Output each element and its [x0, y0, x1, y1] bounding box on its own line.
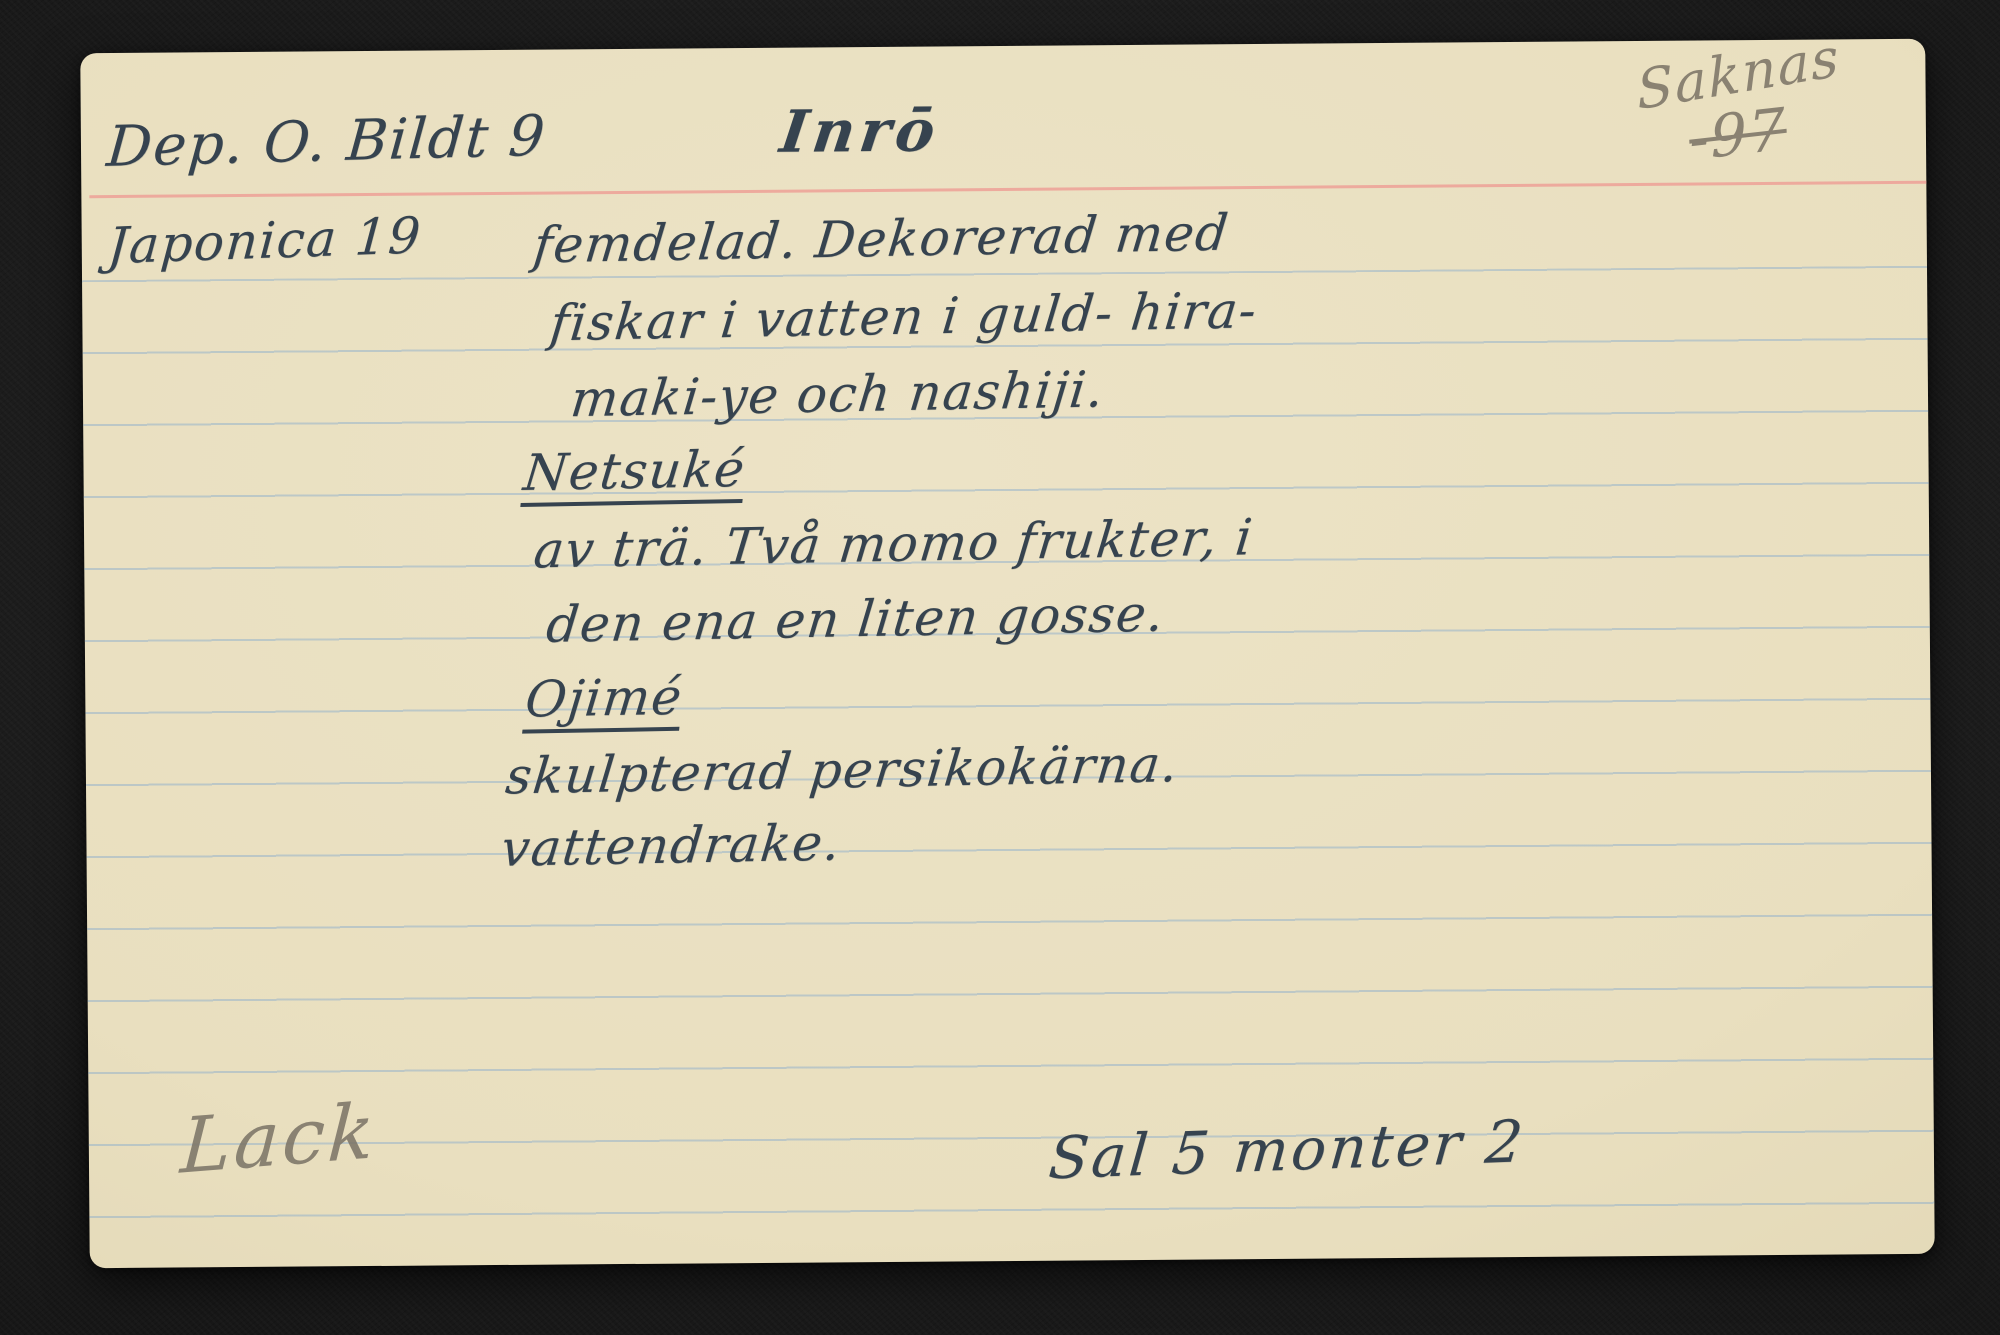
card-header-collection: Dep. O. Bildt 9 — [104, 104, 548, 180]
handwritten-line-netsuke-heading: Netsuké — [520, 440, 748, 507]
card-title: Inrō — [776, 96, 944, 165]
catalog-number: Japonica 19 — [106, 206, 424, 275]
handwritten-line: femdelad. Dekorerad med — [531, 204, 1232, 275]
handwritten-line: den ena en liten gosse. — [544, 584, 1168, 653]
red-rule-line — [89, 181, 1926, 198]
index-card: Dep. O. Bildt 9 Inrō Saknas -97 Japonica… — [80, 39, 1934, 1268]
pencil-annotation-line2: -97 — [1688, 95, 1788, 174]
scan-background: Dep. O. Bildt 9 Inrō Saknas -97 Japonica… — [0, 0, 2000, 1335]
handwritten-line-ojime-heading: Ojimé — [522, 668, 686, 734]
handwritten-line: vattendrake. — [498, 813, 844, 877]
handwritten-line: maki-ye och nashiji. — [568, 360, 1108, 428]
material-note-pencil: Lack — [178, 1086, 379, 1191]
